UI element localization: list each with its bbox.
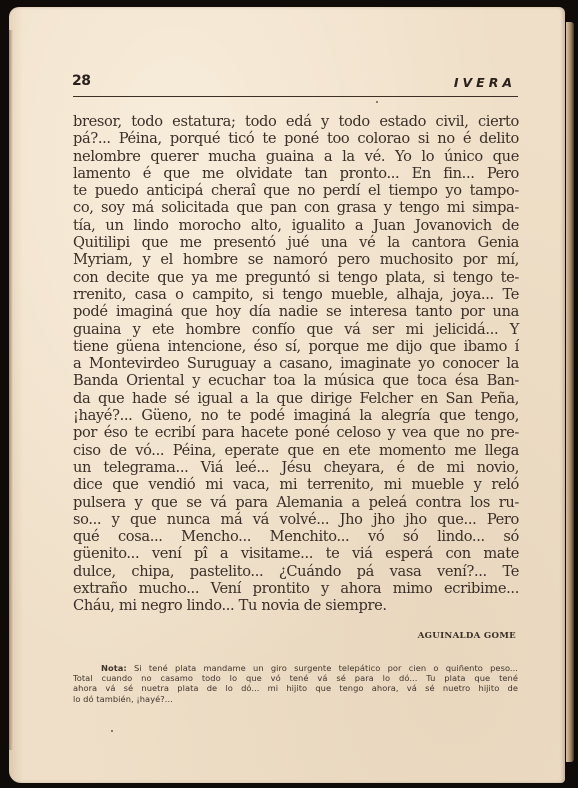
text-line: tía, un lindo morocho alto, igualito a J… <box>73 217 519 234</box>
page-header: 28 IVERA <box>72 73 518 95</box>
footnote-line: lo dó también, ¡hayé?... <box>73 694 518 704</box>
text-line: Banda Oriental y ecuchar toa la música q… <box>73 372 519 389</box>
text-line: dulce, chipa, pastelito... ¿Cuándo pá va… <box>73 563 519 580</box>
header-rule <box>73 96 518 97</box>
page-edge-right <box>566 22 574 762</box>
text-line: un telegrama... Viá leé... Jésu cheyara,… <box>73 459 519 476</box>
text-line: podé imaginá que hoy día nadie se intere… <box>73 303 519 320</box>
text-line: co, soy má solicitada que pan con grasa … <box>73 199 519 216</box>
footnote-line: Nota: Si tené plata mandame un giro surg… <box>73 663 518 673</box>
footnote-text: Si tené plata mandame un giro surgente t… <box>127 663 518 673</box>
text-line: por éso te ecribí para hacete poné celos… <box>73 424 519 441</box>
text-line: Cháu, mi negro lindo... Tu novia de siem… <box>73 597 519 614</box>
letter-body: bresor, todo estatura; todo edá y todo e… <box>73 113 519 615</box>
text-line: qué cosa... Mencho... Menchito... vó só … <box>73 528 519 545</box>
text-line: pulsera y que se vá para Alemania a pele… <box>73 494 519 511</box>
text-line: a Montevirdeo Suruguay a casano, imagina… <box>73 355 519 372</box>
footnote-line: ahora vá sé nuetra plata de lo dó... mi … <box>73 683 518 693</box>
text-line: ciso de vó... Péina, eperate que en ete … <box>73 442 519 459</box>
text-line: güenito... vení pî a visitame... te viá … <box>73 545 519 562</box>
text-line: Myriam, y el hombre se namoró pero mucho… <box>73 251 519 268</box>
text-line: extraño mucho... Vení prontito y ahora m… <box>73 580 519 597</box>
text-line: rrenito, casa o campito, si tengo mueble… <box>73 286 519 303</box>
text-line: guaina y ete hombre confío que vá ser mi… <box>73 321 519 338</box>
signature: AGUINALDA GOME <box>418 631 516 641</box>
footnote-line: Total cuando no casamo todo lo que vó te… <box>73 673 518 683</box>
text-line: con decite que ya me preguntó si tengo p… <box>73 269 519 286</box>
page-edge-left <box>9 30 13 750</box>
text-line: lamento é que me olvidate tan pronto... … <box>73 165 519 182</box>
text-line: bresor, todo estatura; todo edá y todo e… <box>73 113 519 130</box>
text-line: tiene güena intencione, éso sí, porque m… <box>73 338 519 355</box>
text-line: ¡hayé?... Güeno, no te podé imaginá la a… <box>73 407 519 424</box>
page-number: 28 <box>72 73 90 89</box>
paper-speck <box>376 101 378 103</box>
text-line: pá?... Péina, porqué ticó te poné too co… <box>73 130 519 147</box>
paper-speck <box>111 730 113 732</box>
footnote-label: Nota: <box>101 663 127 673</box>
running-head: IVERA <box>454 75 516 90</box>
text-line: nelombre querer mucha guaina a la vé. Yo… <box>73 148 519 165</box>
text-line: dice que vendió mi vaca, mi terrenito, m… <box>73 476 519 493</box>
text-line: da que hade sé igual a la que dirige Fel… <box>73 390 519 407</box>
footnote: Nota: Si tené plata mandame un giro surg… <box>73 663 518 704</box>
text-line: Quitilipi que me presentó jué una vé la … <box>73 234 519 251</box>
text-line: te puedo anticipá cheraî que no perdí el… <box>73 182 519 199</box>
text-line: so... y que nunca má vá volvé... Jho jho… <box>73 511 519 528</box>
